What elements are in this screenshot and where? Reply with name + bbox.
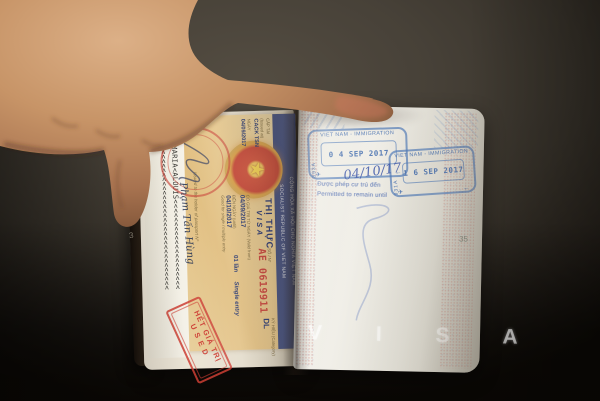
hand bbox=[0, 0, 440, 245]
visa-entries-block: 01 lần Single entry bbox=[229, 255, 249, 325]
used-stamp-line-vi: HẾT GIÁ TRỊ bbox=[188, 300, 228, 373]
right-page-number: 35 bbox=[459, 234, 468, 243]
visa-watermark: V I S A bbox=[308, 321, 542, 350]
serial-value: AE 0619911 bbox=[256, 248, 269, 313]
visa-serial-block: SỐ / N° AE 0619911 bbox=[256, 248, 274, 314]
used-stamp-line-en: U S E D bbox=[180, 303, 220, 376]
photo-scene: 3 04 CỘNG HÒA XÃ HỘI CHỦ NGHĨA VIỆT NAM … bbox=[0, 0, 600, 401]
corner-hatch-stamp-trace bbox=[434, 110, 479, 149]
visa-category-block: KÝ HIỆU (Category) DL bbox=[262, 318, 277, 348]
category-value: DL bbox=[262, 318, 272, 348]
entries-value-en: Single entry bbox=[233, 281, 240, 315]
entries-value-vi: 01 lần bbox=[232, 255, 238, 272]
hand-silhouette bbox=[0, 0, 393, 227]
stamp2-arrow-icon: ← bbox=[463, 184, 470, 191]
category-label: KÝ HIỆU (Category) bbox=[271, 318, 277, 348]
